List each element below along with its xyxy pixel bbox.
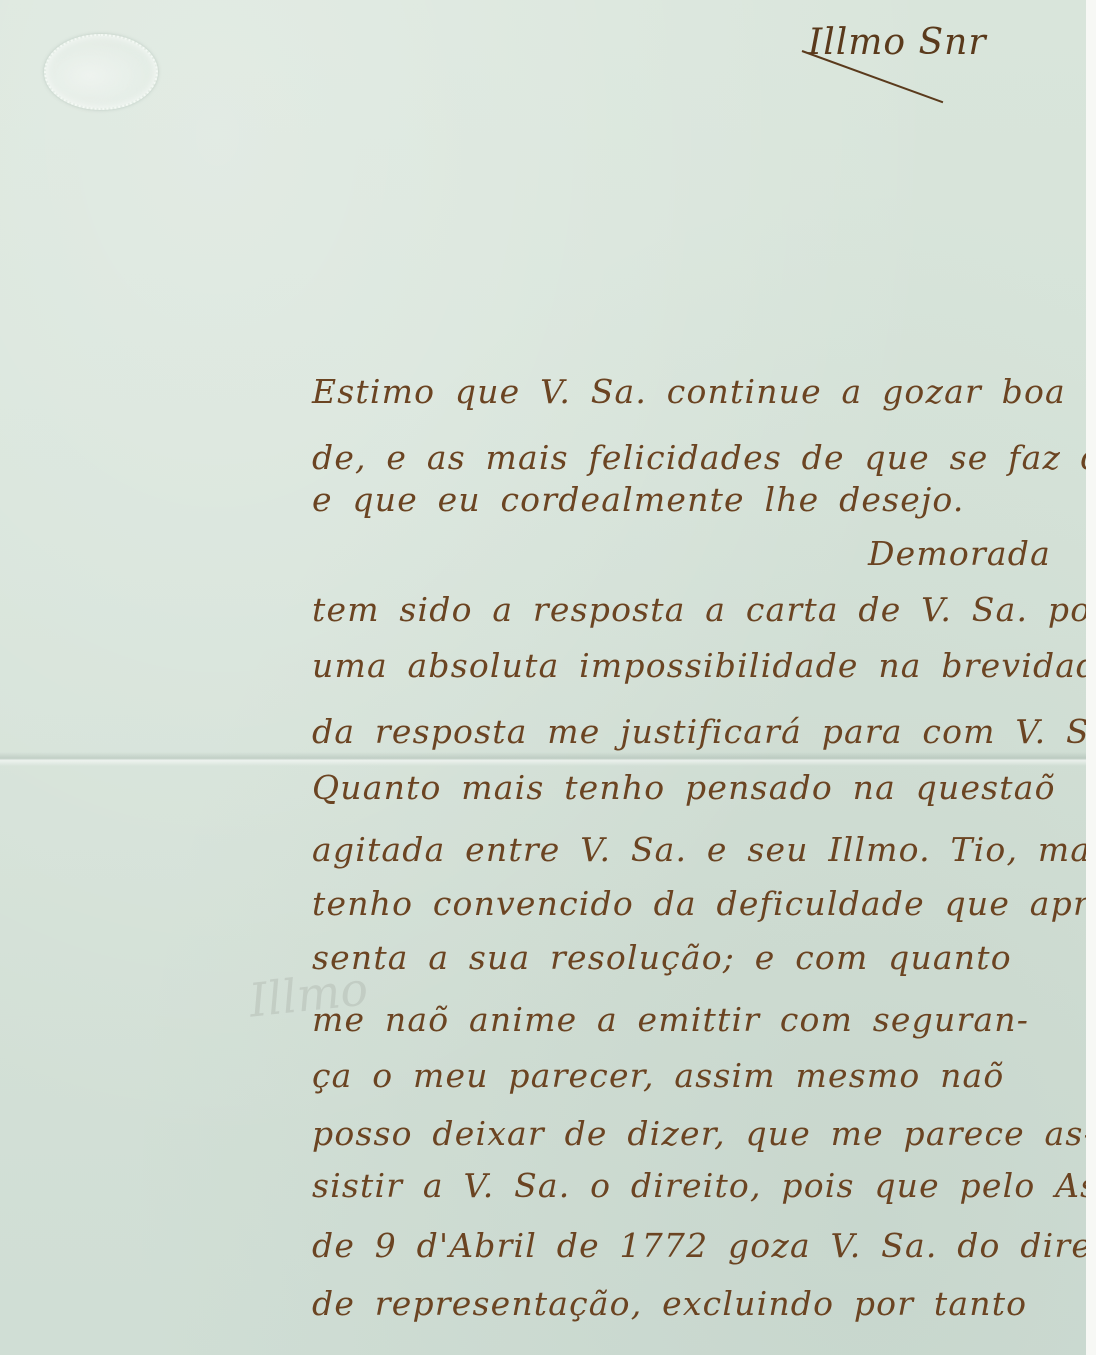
fold-line — [0, 752, 1086, 766]
scan-edge — [1086, 0, 1096, 1355]
letter-line: agitada entre V. Sa. e seu Illmo. Tio, m… — [312, 830, 1086, 869]
letter-line: Quanto mais tenho pensado na questaõ — [312, 768, 1056, 807]
letter-line: posso deixar de dizer, que me parece as- — [312, 1114, 1086, 1153]
salutation: Illmo Snr — [808, 22, 987, 63]
letter-line: de, e as mais felicidades de que se faz … — [312, 438, 1086, 477]
letter-line: tenho convencido da deficuldade que apre… — [312, 884, 1086, 923]
letter-line: de 9 d'Abril de 1772 goza V. Sa. do dire… — [312, 1226, 1086, 1265]
letter-line: de representação, excluindo por tanto — [312, 1284, 1027, 1323]
embossed-seal-icon — [44, 34, 158, 110]
letter-line: sistir a V. Sa. o direito, pois que pelo… — [312, 1166, 1086, 1205]
letter-line: uma absoluta impossibilidade na brevidad… — [312, 646, 1086, 685]
letter-line: e que eu cordealmente lhe desejo. — [312, 480, 965, 519]
letter-line: da resposta me justificará para com V. S… — [312, 712, 1086, 751]
letter-line: me naõ anime a emittir com seguran- — [312, 1000, 1029, 1039]
letter-line: Estimo que V. Sa. continue a gozar boa s… — [312, 372, 1086, 411]
letter-page: Illmo Illmo Snr Estimo que V. Sa. contin… — [0, 0, 1086, 1355]
letter-line: ça o meu parecer, assim mesmo naõ — [312, 1056, 1005, 1095]
letter-line: Demorada — [868, 534, 1051, 573]
letter-line: tem sido a resposta a carta de V. Sa. po… — [312, 590, 1086, 629]
letter-line: senta a sua resolução; e com quanto — [312, 938, 1012, 977]
salutation-text: Illmo Snr — [808, 22, 987, 63]
